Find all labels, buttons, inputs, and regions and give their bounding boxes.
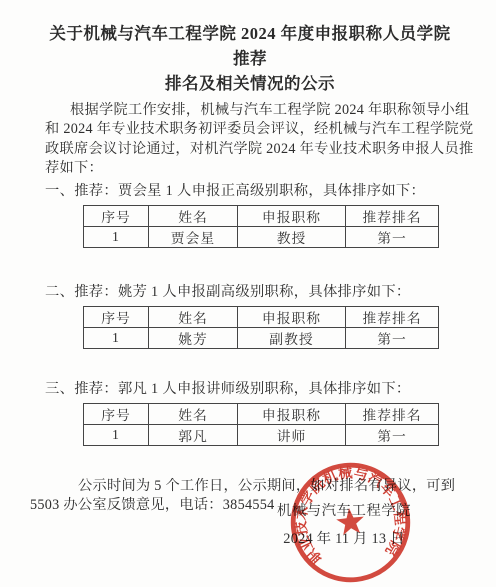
section-1-heading: 一、推荐：贾会星 1 人申报正高级别职称，具体排序如下： (45, 181, 455, 201)
header-cell: 推荐排名 (346, 307, 439, 328)
cell-name: 贾会星 (149, 227, 238, 248)
table-header-row: 序号 姓名 申报职称 推荐排名 (84, 307, 439, 328)
header-cell: 序号 (84, 404, 149, 425)
table-header-row: 序号 姓名 申报职称 推荐排名 (84, 404, 439, 425)
header-cell: 申报职称 (238, 404, 346, 425)
header-cell: 序号 (84, 307, 149, 328)
table-row: 1 郭凡 讲师 第一 (84, 425, 439, 446)
paragraph-line: 根据学院工作安排，机械与汽车工程学院 2024 年职称领导小组 (45, 101, 455, 120)
cell-rank: 第一 (346, 425, 439, 446)
header-cell: 推荐排名 (346, 404, 439, 425)
recommendation-table-1: 序号 姓名 申报职称 推荐排名 1 贾会星 教授 第一 (83, 205, 439, 248)
cell-rank: 第一 (346, 227, 439, 248)
header-cell: 申报职称 (238, 307, 346, 328)
official-seal: 职业技术学院机械与汽车工程学院 (282, 454, 419, 587)
section-3-heading: 三、推荐：郭凡 1 人申报讲师级别职称，具体排序如下： (45, 379, 455, 399)
recommendation-table-2: 序号 姓名 申报职称 推荐排名 1 姚芳 副教授 第一 (83, 306, 439, 349)
cell-title: 副教授 (238, 328, 346, 349)
title-line-2: 排名及相关情况的公示 (45, 71, 455, 96)
recommendation-table-3: 序号 姓名 申报职称 推荐排名 1 郭凡 讲师 第一 (83, 403, 439, 446)
header-cell: 姓名 (149, 206, 238, 227)
cell-title: 教授 (238, 227, 346, 248)
cell-index: 1 (84, 425, 149, 446)
paragraph-line: 政联席会议讨论通过，对机汽学院 2024 年专业技术职务申报人员推 (45, 140, 455, 159)
section-2-heading: 二、推荐：姚芳 1 人申报副高级别职称，具体排序如下： (45, 282, 455, 302)
star-icon (335, 507, 365, 536)
cell-name: 郭凡 (149, 425, 238, 446)
header-cell: 姓名 (149, 404, 238, 425)
cell-index: 1 (84, 227, 149, 248)
paragraph-line: 和 2024 年专业技术职务初评委员会评议，经机械与汽车工程学院党 (45, 120, 455, 139)
table-row: 1 贾会星 教授 第一 (84, 227, 439, 248)
paragraph-line: 荐如下： (45, 159, 455, 178)
page-title: 关于机械与汽车工程学院 2024 年度申报职称人员学院推荐 排名及相关情况的公示 (45, 0, 455, 96)
cell-index: 1 (84, 328, 149, 349)
cell-title: 讲师 (238, 425, 346, 446)
intro-paragraph: 根据学院工作安排，机械与汽车工程学院 2024 年职称领导小组 和 2024 年… (45, 101, 455, 178)
announcement-document: 关于机械与汽车工程学院 2024 年度申报职称人员学院推荐 排名及相关情况的公示… (0, 0, 496, 587)
header-cell: 推荐排名 (346, 206, 439, 227)
table-header-row: 序号 姓名 申报职称 推荐排名 (84, 206, 439, 227)
header-cell: 申报职称 (238, 206, 346, 227)
cell-rank: 第一 (346, 328, 439, 349)
header-cell: 序号 (84, 206, 149, 227)
title-line-1: 关于机械与汽车工程学院 2024 年度申报职称人员学院推荐 (45, 21, 455, 71)
cell-name: 姚芳 (149, 328, 238, 349)
table-row: 1 姚芳 副教授 第一 (84, 328, 439, 349)
header-cell: 姓名 (149, 307, 238, 328)
